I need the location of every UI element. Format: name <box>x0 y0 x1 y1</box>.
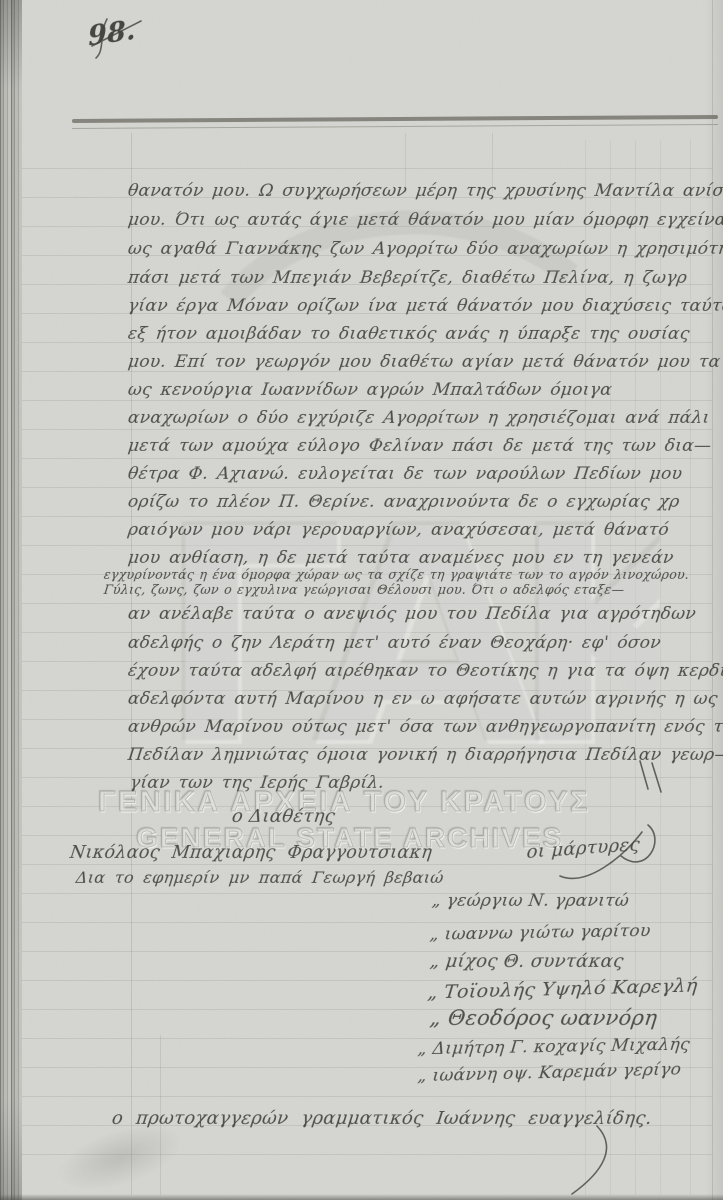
handwritten-line: ως αγαθά Γιαννάκης ζων Αγορρίτω δύο αναχ… <box>127 239 723 259</box>
header-rule <box>72 115 718 129</box>
witness-signature: „ Θεοδόρος ωαννόρη <box>429 1006 659 1030</box>
handwritten-line: θέτρα Φ. Αχιανώ. ευλογείται δε των ναρού… <box>127 464 684 484</box>
witness-signature: „ ιωαννω γιώτω γαρίτου <box>429 921 652 945</box>
right-page-edge <box>705 0 723 1200</box>
page-number: 98. <box>88 15 136 53</box>
testator-signature: Νικόλαος Μπαχιαρης Φραγγουτσιακη <box>69 843 434 863</box>
bottom-page-edge <box>0 1194 723 1200</box>
handwritten-line: ραιόγων μου νάρι γερουαργίων, αναχύσεσαι… <box>127 520 670 540</box>
priest-certification-line: Δια το εφημερίν μν παπά Γεωργή βεβαιώ <box>75 868 445 887</box>
handwritten-line: αναχωρίων ο δύο εγχύριζε Αγορρίτων η χρη… <box>127 408 711 428</box>
handwritten-line: μου. Ότι ως αυτάς άγιε μετά θάνατόν μου … <box>127 210 723 230</box>
witness-signature: „ γεώργιω Ν. γρανιτώ <box>431 891 630 911</box>
handwritten-line: πάσι μετά των Μπεγιάν Βεβερίτζε, διαθέτω… <box>127 268 689 288</box>
handwritten-line-inserted: εγχυρίνοντάς η ένα όμορφα χώραν ως τα σχ… <box>103 567 690 582</box>
handwritten-line: ως κενούργια Ιωαννίδων αγρών Μπαλτάδων ό… <box>127 380 613 400</box>
logo-arc <box>230 222 570 300</box>
handwritten-line: Πεδίλαν λημνιώτας όμοια γονική η διαρρήγ… <box>127 745 723 765</box>
handwritten-line: γίαν των της Ιερής Γαβρίλ. <box>129 773 386 793</box>
clerk-registration-line: ο πρωτοχαγγερών γραμματικός Ιωάννης ευαγ… <box>111 1108 653 1129</box>
handwritten-line: μου. Επί τον γεωργόν μου διαθέτω αγίαν μ… <box>127 352 722 372</box>
witness-signature: „ μίχος Θ. συντάκας <box>429 951 625 972</box>
book-binding-edge <box>0 0 22 1200</box>
handwritten-line: αδελφόντα αυτή Μαρίνου η εν ω αφήσατε αυ… <box>127 689 719 709</box>
handwritten-line: γίαν έργα Μόναν ορίζων ίνα μετά θάνατόν … <box>127 296 723 316</box>
handwritten-line: αδελφής ο ζην Λεράτη μετ' αυτό έναν Θεοχ… <box>127 633 662 653</box>
handwritten-line: ορίζω το πλέον Π. Θερίνε. αναχρινούντα δ… <box>127 492 681 512</box>
handwritten-line: εξ ήτον αμοιβάδαν το διαθετικός ανάς η ύ… <box>127 324 691 344</box>
closing-testator-label: ο Διαθέτης <box>231 806 337 827</box>
handwritten-line: έχουν ταύτα αδελφή αιρέθηκαν το Θεοτίκης… <box>127 661 723 681</box>
handwritten-line: θανατόν μου. Ω συγχωρήσεων μέρη της χρυσ… <box>127 181 723 201</box>
handwritten-line-inserted: Γύλις, ζωνς, ζων ο εγχυλινα γεώργισαι Θέ… <box>103 582 625 597</box>
handwritten-line: ανθρών Μαρίνου ούτως μετ' όσα των ανθηγε… <box>127 717 723 737</box>
manuscript-page: ΓΑΚ ΓΑΚ ΓΕΝΙΚΑ ΑΡΧΕΙΑ ΤΟΥ ΚΡΑΤΟΥΣ GENERA… <box>0 0 723 1200</box>
handwritten-line: μετά των αμούχα εύλογο Φελίναν πάσι δε μ… <box>127 436 713 456</box>
handwritten-line: αν ανέλαβε ταύτα ο ανεψιός μου του Πεδίλ… <box>127 604 697 624</box>
handwritten-line: μου ανθίαση, η δε μετά ταύτα αναμένες μο… <box>127 548 675 568</box>
